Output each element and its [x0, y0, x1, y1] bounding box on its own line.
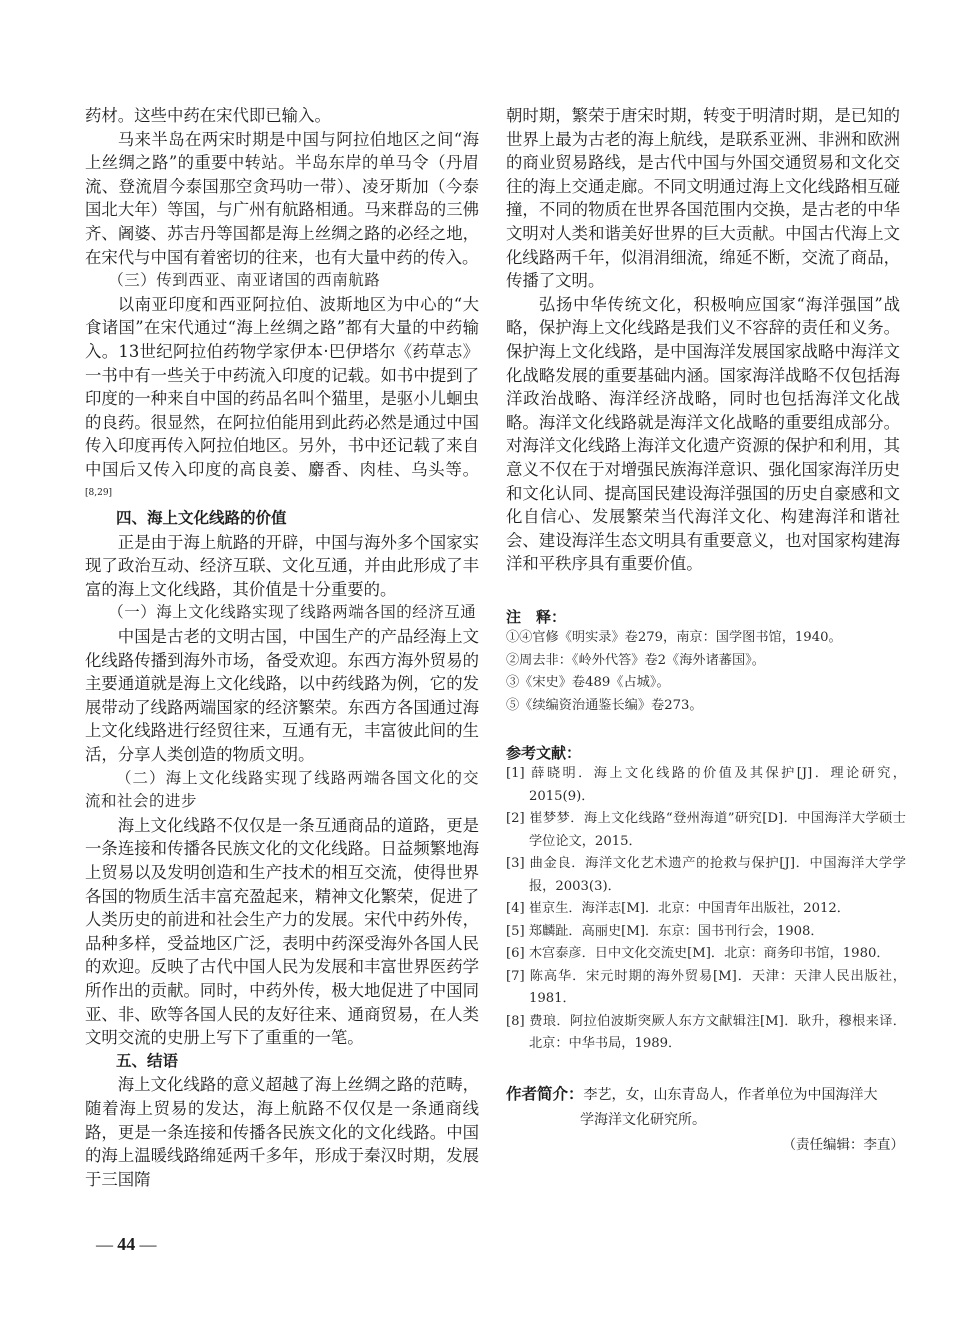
editor-credit: （责任编辑：李直）: [506, 1133, 906, 1158]
notes-title: 注 释：: [506, 606, 906, 627]
paragraph-text: 以南亚印度和西亚阿拉伯、波斯地区为中心的“大食诸国”在宋代通过“海上丝绸之路”都…: [85, 295, 479, 479]
reference-item: [1] 薛晓明．海上文化线路的价值及其保护[J]．理论研究，2015(9)．: [506, 763, 906, 808]
author-text: 李艺，女，山东青岛人，作者单位为中国海洋大: [584, 1087, 878, 1103]
section-heading: 五、结语: [85, 1050, 479, 1074]
author-bio: 作者简介：李艺，女，山东青岛人，作者单位为中国海洋大 学海洋文化研究所。 （责任…: [506, 1082, 906, 1158]
reference-item: [8] 费琅．阿拉伯波斯突厥人东方文献辑注[M]．耿升，穆根来译．北京：中华书局…: [506, 1011, 906, 1056]
paragraph: 朝时期，繁荣于唐宋时期，转变于明清时期，是已知的世界上最为古老的海上航线，是联系…: [506, 104, 900, 293]
paragraph: 弘扬中华传统文化，积极响应国家“海洋强国”战略，保护海上文化线路是我们义不容辞的…: [506, 293, 900, 576]
dash-left: —: [96, 1235, 113, 1254]
left-column: 药材。这些中药在宋代即已输入。 马来半岛在两宋时期是中国与阿拉伯地区之间“海上丝…: [85, 104, 479, 1191]
paragraph: 马来半岛在两宋时期是中国与阿拉伯地区之间“海上丝绸之路”的重要中转站。半岛东岸的…: [85, 128, 479, 270]
reference-item: [7] 陈高华．宋元时期的海外贸易[M]．天津：天津人民出版社，1981．: [506, 966, 906, 1011]
note-item: ②周去非：《岭外代答》卷2《海外诸蕃国》。: [506, 650, 906, 673]
right-column: 朝时期，繁荣于唐宋时期，转变于明清时期，是已知的世界上最为古老的海上航线，是联系…: [506, 104, 900, 576]
references-section: 参考文献： [1] 薛晓明．海上文化线路的价值及其保护[J]．理论研究，2015…: [506, 742, 906, 1056]
reference-item: [3] 曲金良．海洋文化艺术遗产的抢救与保护[J]．中国海洋大学学报，2003(…: [506, 853, 906, 898]
paragraph: 海上文化线路的意义超越了海上丝绸之路的范畴，随着海上贸易的发达，海上航路不仅仅是…: [85, 1073, 479, 1191]
author-line: 作者简介：李艺，女，山东青岛人，作者单位为中国海洋大: [506, 1082, 906, 1108]
reference-item: [6] 木宫泰彦．日中文化交流史[M]．北京：商务印书馆，1980．: [506, 943, 906, 966]
note-item: ①④官修《明实录》卷279，南京：国学图书馆，1940。: [506, 627, 906, 650]
reference-item: [4] 崔京生．海洋志[M]．北京：中国青年出版社，2012．: [506, 898, 906, 921]
subheading: （一）海上文化线路实现了线路两端各国的经济互通: [85, 601, 479, 625]
reference-item: [2] 崔梦梦．海上文化线路“登州海道”研究[D]．中国海洋大学硕士学位论文，2…: [506, 808, 906, 853]
reference-item: [5] 郑麟趾．高丽史[M]．东京：国书刊行会，1908．: [506, 921, 906, 944]
paragraph: 正是由于海上航路的开辟，中国与海外多个国家实现了政治互动、经济互联、文化互通，并…: [85, 531, 479, 602]
page-number: — 44 —: [96, 1234, 157, 1255]
section-heading: 四、海上文化线路的价值: [85, 507, 479, 531]
paragraph: 中国是古老的文明古国，中国生产的产品经海上文化线路传播到海外市场，备受欢迎。东西…: [85, 625, 479, 767]
page-number-value: 44: [117, 1234, 135, 1254]
author-line-continued: 学海洋文化研究所。: [506, 1108, 906, 1133]
subheading: （二）海上文化线路实现了线路两端各国文化的交流和社会的进步: [85, 767, 479, 814]
dash-right: —: [140, 1235, 157, 1254]
references-title: 参考文献：: [506, 742, 906, 763]
paragraph: 药材。这些中药在宋代即已输入。: [85, 104, 479, 128]
paragraph-with-citation: 以南亚印度和西亚阿拉伯、波斯地区为中心的“大食诸国”在宋代通过“海上丝绸之路”都…: [85, 293, 479, 507]
paragraph: 海上文化线路不仅仅是一条互通商品的道路，更是一条连接和传播各民族文化的文化线路。…: [85, 814, 479, 1050]
notes-section: 注 释： ①④官修《明实录》卷279，南京：国学图书馆，1940。 ②周去非：《…: [506, 606, 906, 717]
note-item: ⑤《续编资治通鉴长编》卷273。: [506, 695, 906, 718]
author-label: 作者简介：: [506, 1085, 584, 1103]
subheading: （三）传到西亚、南亚诸国的西南航路: [85, 269, 479, 293]
citation: [8,29]: [85, 488, 112, 498]
note-item: ③《宋史》卷489《占城》。: [506, 672, 906, 695]
